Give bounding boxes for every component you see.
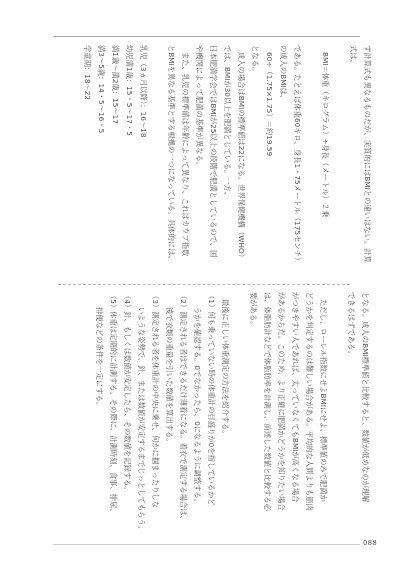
text-line: 要がある。 — [246, 292, 260, 532]
step-3: （3）測定される者を体重計の中央に乗せ、何かに掴まったりしな — [148, 292, 162, 532]
step-1: （1）何も乗っていない時の体重計の目盛りが0を指しているかど — [204, 292, 218, 532]
text-line: どうかを判定するのは難しい場合がある。平均的な人間よりも筋肉 — [302, 292, 316, 532]
paragraph-start: 最後に正しい体重測定の方法を紹介する。 — [218, 292, 232, 532]
paragraph-start: 成人の場合はBMIの標準値は22になる。世界保健機構（WHO） — [234, 45, 248, 273]
standard-value-item: 学童期：18〜22 — [80, 45, 94, 273]
step-1-continued: うかを確認する。0でなかったら、0になるように調整する。 — [190, 292, 204, 532]
bmi-example-calculation: 60÷（1.75×1.75）＝約19.59 — [262, 45, 276, 273]
paragraph-start: ただし、ローレル指数にせよBMIにせよ、標準値のみで肥満か — [316, 292, 330, 532]
text-line: できるはずである。 — [344, 292, 358, 532]
text-line: では、BMIが30以上を肥満としている。一方、 — [220, 45, 234, 273]
lower-text-block: となる。成人のBMI標準値と比較すると、数値が低めなのが理解 できるはずである。… — [92, 292, 372, 532]
blank-line — [232, 292, 246, 532]
upper-text-block: す計算式も異なるものだが、実質的にはBMIとの違いはない。計算 式は、 BMI＝… — [80, 45, 374, 273]
step-3-continued: いような姿勢で、針、または数値が安定するまでじっとしてもらう。 — [134, 292, 148, 532]
blank-line — [150, 45, 164, 273]
text-line: 日本肥満学会ではBMIが25以上の段階で肥満としているので、国 — [206, 45, 220, 273]
step-5: （5）体重は定期的に計測する。その際に、計測時刻、食事、排尿、 — [106, 292, 120, 532]
paragraph-start: また、乳児の標準値は年齢によって異なり、これはカウプ指数 — [178, 45, 192, 273]
text-line: 式は、 — [346, 45, 360, 273]
text-line: の成人のBMIは、 — [276, 45, 290, 273]
bottom-rule — [53, 544, 360, 545]
blank-line — [332, 45, 346, 273]
text-line: とBMIを異なる基準とする根拠の一つになっている。具体的には、 — [164, 45, 178, 273]
blank-line — [330, 292, 344, 532]
text-line: となる。成人のBMI標準値と比較すると、数値が低めなのが理解 — [358, 292, 372, 532]
text-line: や機関によって肥満の基準が異なる。 — [192, 45, 206, 273]
text-line: があるからだ。このため、より正確に肥満かどうかを知りたい場合 — [274, 292, 288, 532]
column-divider — [58, 284, 350, 285]
text-line: は、体脂肪計などで体脂肪率を計測し、前述した数値と比較する必 — [260, 292, 274, 532]
standard-value-item: 乳児（3ヵ月以降）：16〜18 — [136, 45, 150, 273]
blank-line — [304, 45, 318, 273]
page-number: 088 — [363, 539, 377, 548]
text-line: である。たとえば体重60キロ、身長1・75メートル（175センチ） — [290, 45, 304, 273]
step-5-continued: 排便などの条件を一定にする。 — [92, 292, 106, 532]
step-2-continued: 後で衣類の重量を引いた数値を算出する。 — [162, 292, 176, 532]
top-rule — [53, 36, 360, 37]
text-line: す計算式も異なるものだが、実質的にはBMIとの違いはない。計算 — [360, 45, 374, 273]
standard-value-item: 幼児満1歳：15・5〜17・5 — [122, 45, 136, 273]
step-4: （4）針、もしくは数値が安定したら、その数値を記録する。 — [120, 292, 134, 532]
standard-value-item: 満1歳〜満2歳：15〜17 — [108, 45, 122, 273]
bmi-formula: BMI＝体重（キログラム）÷身長（メートル）２乗 — [318, 45, 332, 273]
text-line: となる。 — [248, 45, 262, 273]
text-line: がつきやすい人であれば、太っていなくてもBMIが高くなる場合 — [288, 292, 302, 532]
standard-value-item: 満3〜5歳：14・5〜16・5 — [94, 45, 108, 273]
step-2: （2）測定される者はできるだけ薄着になる。着衣で測定する場合は、 — [176, 292, 190, 532]
